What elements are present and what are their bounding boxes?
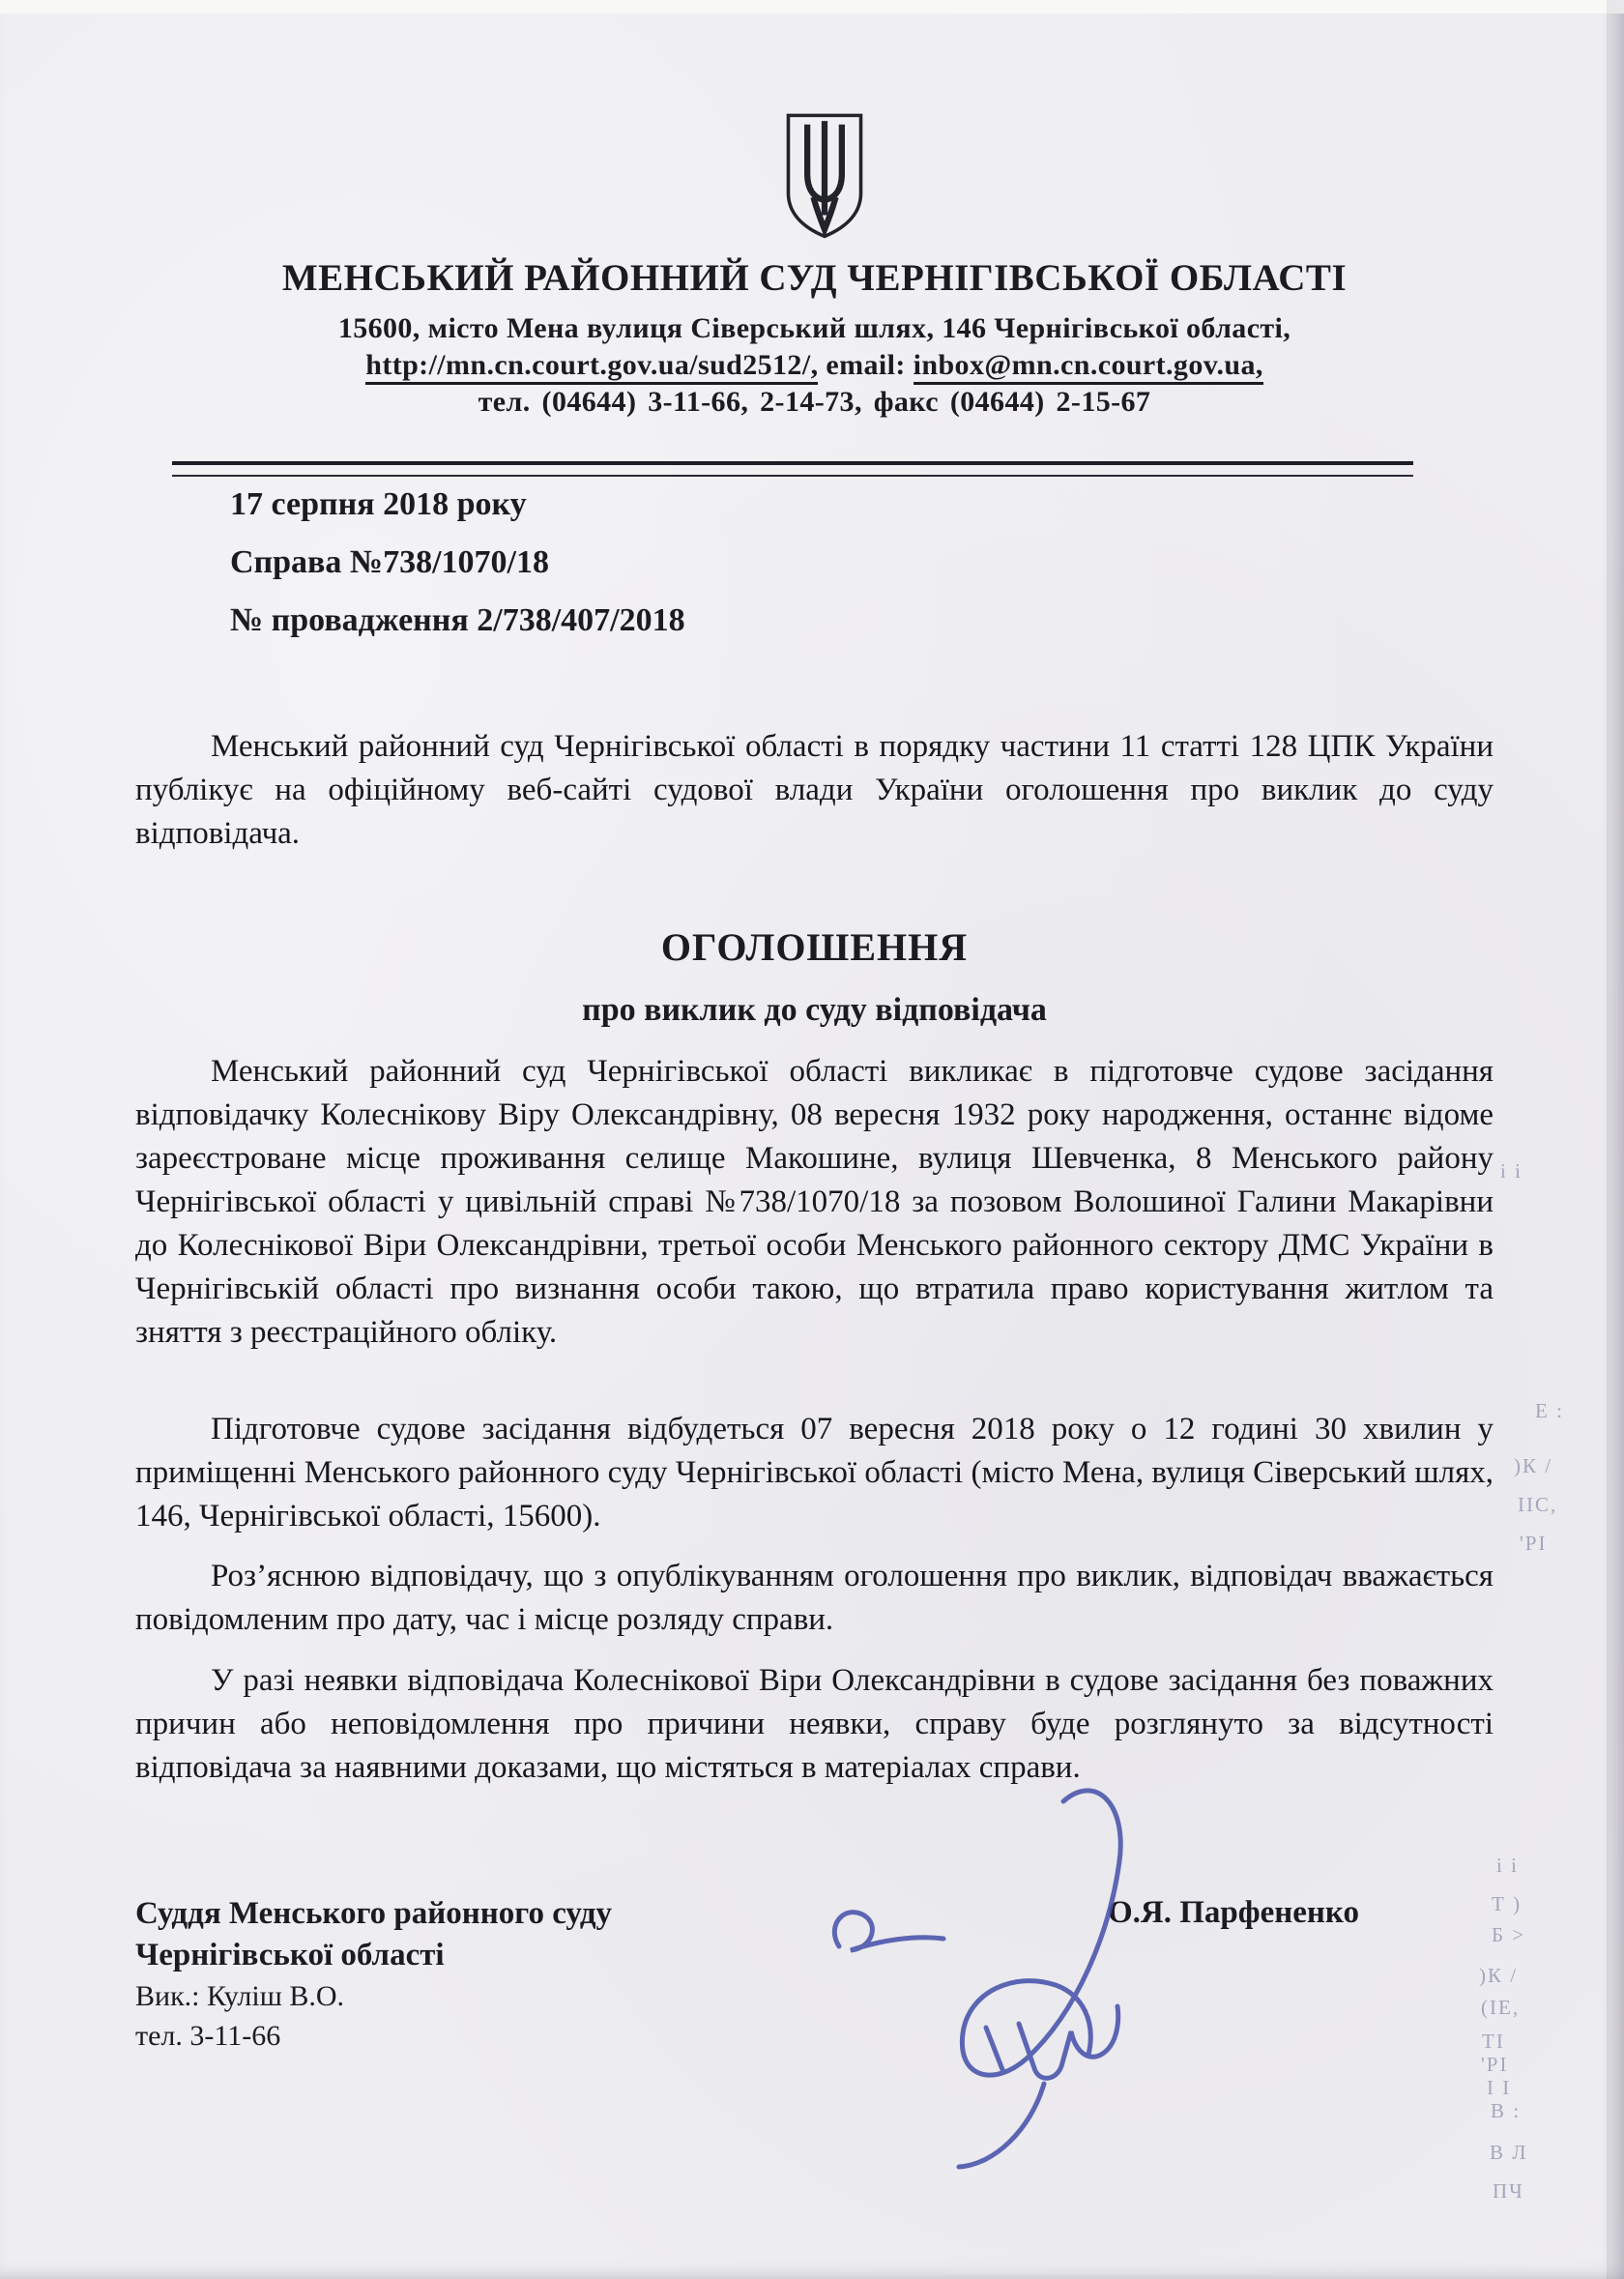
bleed-through-mark: (ІЕ, (1481, 1997, 1520, 2018)
bleed-through-mark: )К / (1479, 1965, 1518, 1986)
body-paragraph-notice: Роз’яснюю відповідачу, що з опублікуванн… (135, 1555, 1493, 1642)
scan-top-edge (0, 0, 1624, 14)
executor-phone: тел. 3-11-66 (135, 2016, 612, 2056)
bleed-through-mark: ТІ (1482, 2031, 1505, 2052)
header-divider (172, 461, 1413, 477)
announcement-title: ОГОЛОШЕННЯ (135, 924, 1493, 970)
bleed-through-mark: Е : (1535, 1400, 1564, 1421)
case-meta-block: 17 серпня 2018 року Справа №738/1070/18 … (230, 486, 685, 660)
judge-name: О.Я. Парфененко (1108, 1895, 1359, 1931)
bleed-through-mark: і і (1496, 1855, 1519, 1876)
bleed-through-mark: і і (1500, 1160, 1522, 1182)
court-name-title: МЕНСЬКИЙ РАЙОННИЙ СУД ЧЕРНІГІВСЬКОЇ ОБЛА… (135, 256, 1493, 300)
email-link: inbox@mn.cn.court.gov.ua, (913, 349, 1263, 385)
body-paragraph-absence: У разі неявки відповідача Колеснікової В… (135, 1659, 1493, 1790)
trident-emblem-icon (781, 110, 868, 240)
court-phone-line: тел. (04644) 3-11-66, 2-14-73, факс (046… (135, 386, 1493, 419)
scanned-court-document: МЕНСЬКИЙ РАЙОННИЙ СУД ЧЕРНІГІВСЬКОЇ ОБЛА… (0, 0, 1624, 2279)
judge-title-line1: Суддя Менського районного суду (135, 1893, 612, 1935)
judge-title-line2: Чернігівської області (135, 1935, 612, 1976)
bleed-through-mark: )К / (1514, 1455, 1552, 1476)
email-label: email: (818, 349, 913, 381)
bleed-through-mark: Б > (1492, 1924, 1525, 1945)
bleed-through-mark: ПЧ (1493, 2180, 1524, 2202)
bleed-through-mark: В Л (1490, 2142, 1528, 2163)
bleed-through-mark: 'РІ (1481, 2054, 1508, 2075)
executor-line: Вик.: Куліш В.О. (135, 1976, 612, 2016)
judge-signature-ink (754, 1774, 1237, 2180)
body-paragraph-summons: Менський районний суд Чернігівської обла… (135, 1050, 1493, 1355)
case-number: Справа №738/1070/18 (230, 544, 685, 581)
proceeding-number: № провадження 2/738/407/2018 (230, 602, 685, 639)
bleed-through-mark: 'РІ (1520, 1533, 1547, 1554)
bleed-through-mark: В : (1491, 2100, 1521, 2121)
intro-paragraph: Менський районний суд Чернігівської обла… (135, 725, 1493, 856)
court-address-line: 15600, місто Мена вулиця Сіверський шлях… (135, 312, 1493, 345)
body-paragraph-hearing: Підготовче судове засідання відбудеться … (135, 1408, 1493, 1538)
document-date: 17 серпня 2018 року (230, 486, 685, 523)
bleed-through-mark: Т ) (1492, 1893, 1522, 1914)
announcement-subtitle: про виклик до суду відповідача (135, 992, 1493, 1029)
bleed-through-mark: ІІС, (1518, 1494, 1557, 1515)
signature-block: Суддя Менського районного суду Чернігівс… (135, 1893, 612, 2056)
website-link: http://mn.cn.court.gov.ua/sud2512/, (365, 349, 818, 385)
bleed-through-mark: І І (1487, 2077, 1511, 2098)
court-contacts-line: http://mn.cn.court.gov.ua/sud2512/, emai… (135, 349, 1493, 382)
scan-right-edge (1609, 0, 1624, 2279)
